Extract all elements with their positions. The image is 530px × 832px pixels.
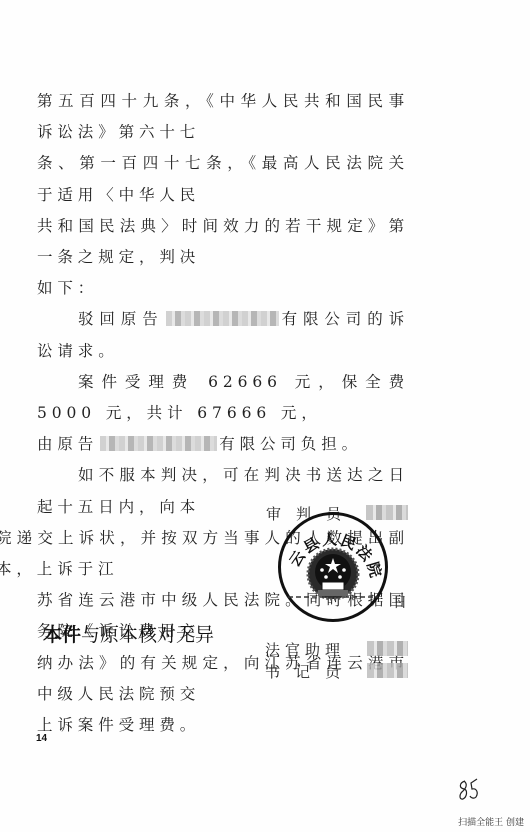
handwritten-85-icon [455, 775, 485, 805]
text-line: 如下： [37, 279, 98, 297]
certification-rest: 与原本核对无异 [81, 624, 214, 646]
ruling-paragraph: 驳回原告有限公司的诉讼请求。 [37, 304, 409, 366]
text-line: 上诉案件受理费。 [37, 716, 200, 734]
legal-basis-paragraph: 第五百四十九条，《中华人民共和国民事诉讼法》第六十七 条、第一百四十七条，《最高… [37, 86, 409, 304]
clerk-signature-row: 书记员 [265, 661, 355, 682]
page-number: 14 [36, 733, 47, 744]
burden-prefix: 由原告 [37, 435, 98, 453]
redacted-plaintiff-name [166, 311, 279, 326]
court-seal-stamp: 云县人民法院 [278, 512, 388, 622]
fees-burden-line: 由原告有限公司负担。 [37, 429, 409, 460]
document-page: 第五百四十九条，《中华人民共和国民事诉讼法》第六十七 条、第一百四十七条，《最高… [0, 0, 530, 832]
handwritten-page-number [455, 775, 485, 809]
assistant-label: 法官助理 [265, 639, 345, 660]
clerk-name-redacted [367, 663, 408, 678]
text-line: 共和国民法典〉时间效力的若干规定》第一条之规定，判决 [37, 217, 409, 266]
clerk-label: 书记员 [265, 661, 355, 682]
scanner-watermark: 扫描全能王 创建 [458, 815, 524, 828]
text-line: 条、第一百四十七条，《最高人民法院关于适用〈中华人民 [37, 154, 409, 203]
assistant-signature-row: 法官助理 [265, 639, 345, 660]
fees-line: 案件受理费 62666 元，保全费 5000 元，共计 67666 元， [37, 373, 409, 422]
certification-bold: 本件 [43, 624, 81, 646]
burden-suffix: 有限公司负担。 [219, 435, 362, 453]
national-emblem-icon: 云县人民法院 [278, 512, 388, 622]
certification-text: 本件与原本核对无异 [43, 620, 214, 647]
text-line: 第五百四十九条，《中华人民共和国民事诉讼法》第六十七 [37, 92, 409, 141]
date-day-suffix: 日 [393, 592, 407, 612]
redacted-plaintiff-name [100, 436, 217, 451]
ruling-prefix: 驳回原告 [78, 310, 164, 328]
fees-paragraph: 案件受理费 62666 元，保全费 5000 元，共计 67666 元， [37, 367, 409, 429]
assistant-name-redacted [367, 641, 408, 656]
